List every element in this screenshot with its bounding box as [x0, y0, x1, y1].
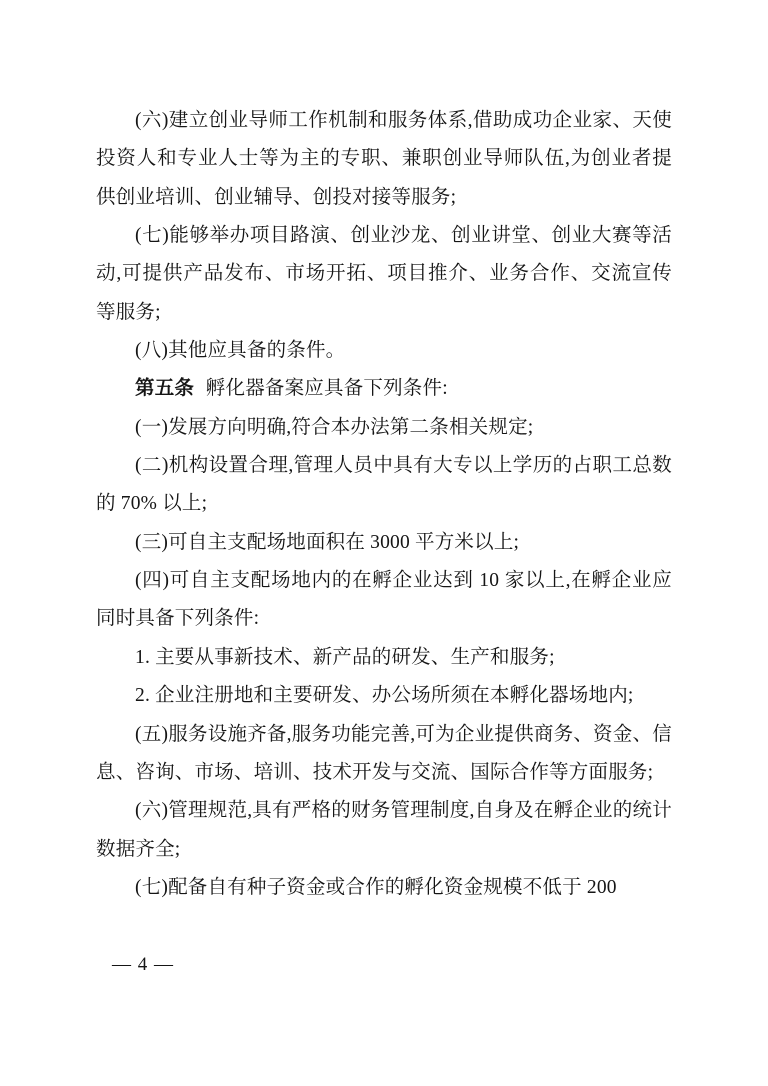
paragraph: 第五条孵化器备案应具备下列条件:	[96, 370, 672, 408]
paragraph: 1. 主要从事新技术、新产品的研发、生产和服务;	[96, 639, 672, 677]
paragraph: (六)管理规范,具有严格的财务管理制度,自身及在孵企业的统计数据齐全;	[96, 792, 672, 869]
paragraph: (八)其他应具备的条件。	[96, 332, 672, 370]
paragraph: (七)能够举办项目路演、创业沙龙、创业讲堂、创业大赛等活动,可提供产品发布、市场…	[96, 217, 672, 332]
document-page: (六)建立创业导师工作机制和服务体系,借助成功企业家、天使投资人和专业人士等为主…	[0, 0, 768, 1086]
paragraph: (四)可自主支配场地内的在孵企业达到 10 家以上,在孵企业应同时具备下列条件:	[96, 562, 672, 639]
paragraph: 2. 企业注册地和主要研发、办公场所须在本孵化器场地内;	[96, 677, 672, 715]
paragraph: (六)建立创业导师工作机制和服务体系,借助成功企业家、天使投资人和专业人士等为主…	[96, 102, 672, 217]
paragraph: (七)配备自有种子资金或合作的孵化资金规模不低于 200	[96, 869, 672, 907]
paragraph: (三)可自主支配场地面积在 3000 平方米以上;	[96, 524, 672, 562]
paragraph: (一)发展方向明确,符合本办法第二条相关规定;	[96, 409, 672, 447]
document-body: (六)建立创业导师工作机制和服务体系,借助成功企业家、天使投资人和专业人士等为主…	[96, 102, 672, 907]
paragraph: (二)机构设置合理,管理人员中具有大专以上学历的占职工总数的 70% 以上;	[96, 447, 672, 524]
article-heading: 第五条	[135, 378, 194, 399]
page-number: — 4 —	[112, 946, 174, 984]
paragraph: (五)服务设施齐备,服务功能完善,可为企业提供商务、资金、信息、咨询、市场、培训…	[96, 716, 672, 793]
